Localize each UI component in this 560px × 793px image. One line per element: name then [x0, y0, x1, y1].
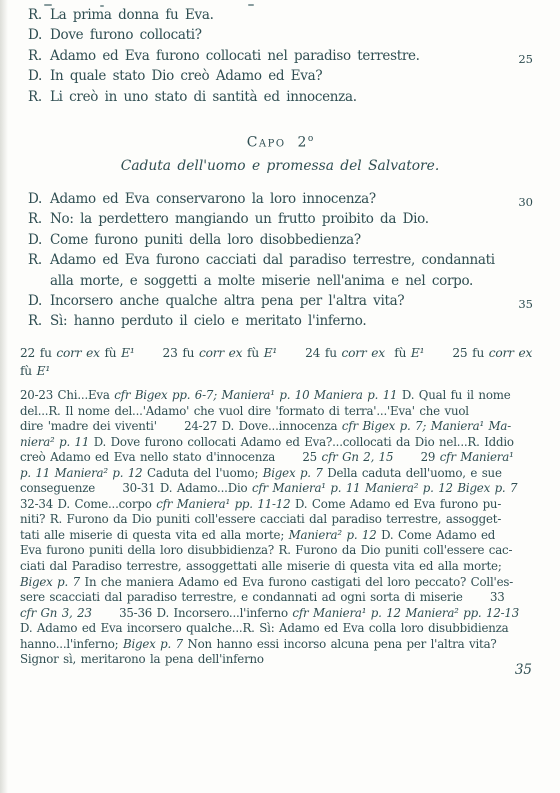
apparatus-segment: fù [20, 364, 37, 378]
apparatus-line: hanno...l'inferno; Bigex p. 7 Non hanno … [20, 637, 548, 653]
chapter-heading: Capo 2o [0, 134, 560, 151]
apparatus-segment-italic: cfr Gn 3, 23 [20, 606, 92, 620]
apparatus-segment: creò Adamo ed Eva nello stato d'innocenz… [20, 450, 322, 464]
apparatus-segment-italic: E¹ [264, 346, 277, 360]
speaker-label: D. [28, 189, 50, 209]
dialogue-line: D.In quale stato Dio creò Adamo ed Eva? [28, 66, 535, 86]
apparatus-segment-italic: E¹ [121, 346, 134, 360]
dialogue-line: D.Dove furono collocati? [28, 25, 535, 45]
apparatus-segment-italic: cfr Maniera¹ pp. 11-12 [156, 497, 295, 511]
dialogue-text: Li creò in uno stato di santità ed innoc… [50, 89, 357, 105]
apparatus-line: niti? R. Furono da Dio puniti coll'esser… [20, 512, 548, 528]
apparatus-segment-italic: corr ex [489, 346, 532, 360]
chapter-heading-ordinal: o [308, 134, 313, 144]
apparatus-line: dire 'madre dei viventi' 24-27 D. Dove..… [20, 419, 548, 435]
book-page: R.La prima donna fu Eva.D.Dove furono co… [0, 0, 560, 793]
apparatus-line: fù E¹ [20, 362, 548, 380]
dialogue-line: D.Come furono puniti della loro disobbed… [28, 230, 535, 250]
apparatus-segment: fù [385, 346, 411, 360]
apparatus-line: conseguenze 30-31 D. Adamo...Dio cfr Man… [20, 481, 548, 497]
speaker-label: R. [28, 87, 50, 107]
speaker-label: R. [28, 5, 50, 25]
speaker-label: D. [28, 291, 50, 311]
apparatus-segment: del...R. Il nome del...'Adamo' che vuol … [20, 404, 469, 418]
apparatus-segment-italic: cfr Gn 2, 15 [322, 450, 394, 464]
dialogue-text: Incorsero anche qualche altra pena per l… [50, 293, 404, 309]
apparatus-line: sere scacciati dal paradiso terrestre, e… [20, 590, 548, 606]
apparatus-segment: D. Dove furono collocati Adamo ed Eva?..… [94, 435, 514, 449]
apparatus-segment: 20-23 Chi...Eva [20, 388, 114, 402]
apparatus-segment: fù [100, 346, 121, 360]
speaker-label: D. [28, 230, 50, 250]
apparatus-segment: tati alle miserie di questa vita ed alla… [20, 528, 289, 542]
dialogue-line: R.Adamo ed Eva furono cacciati dal parad… [28, 250, 535, 270]
dialogue-text: In quale stato Dio creò Adamo ed Eva? [50, 68, 322, 84]
apparatus-segment: fù [242, 346, 263, 360]
dialogue-text: No: la perdettero mangiando un frutto pr… [50, 211, 429, 227]
dialogue-text: La prima donna fu Eva. [50, 7, 214, 23]
apparatus-segment: D. Come Adamo ed [381, 528, 495, 542]
apparatus-variants-block: 22 fu corr ex fù E¹ 23 fu corr ex fù E¹ … [20, 344, 548, 380]
dialogue-section-top: R.La prima donna fu Eva.D.Dove furono co… [28, 5, 535, 107]
dialogue-text: Adamo ed Eva conservarono la loro innoce… [50, 191, 376, 207]
dialogue-text: alla morte, e soggetti a molte miserie n… [50, 273, 473, 289]
scan-edge-artifact [0, 0, 8, 793]
apparatus-segment: 35-36 D. Incorsero...l'inferno [92, 606, 293, 620]
page-number: 35 [515, 662, 532, 678]
apparatus-line: niera² p. 11 D. Dove furono collocati Ad… [20, 435, 548, 451]
apparatus-segment-italic: cfr Maniera¹ [440, 450, 514, 464]
apparatus-segment: 32-34 D. Come...corpo [20, 497, 156, 511]
speaker-label: D. [28, 66, 50, 86]
apparatus-segment-italic: E¹ [37, 364, 50, 378]
chapter-heading-number: 2 [297, 135, 307, 151]
apparatus-segment: dire 'madre dei viventi' 24-27 D. Dove..… [20, 419, 342, 433]
dialogue-line: R.Sì: hanno perduto il cielo e meritato … [28, 311, 535, 331]
apparatus-segment: 29 [393, 450, 439, 464]
apparatus-segment: ciati dal Paradiso terrestre, assoggetta… [20, 559, 502, 573]
apparatus-segment-italic: cfr Bigex p. 7; Maniera¹ Ma- [342, 419, 511, 433]
chapter-heading-word: Capo [247, 135, 286, 151]
chapter-subtitle: Caduta dell'uomo e promessa del Salvator… [0, 158, 560, 174]
apparatus-segment: conseguenze 30-31 D. Adamo...Dio [20, 481, 252, 495]
apparatus-segment: hanno...l'inferno; [20, 637, 123, 651]
apparatus-segment: Non hanno essi incorso alcuna pena per l… [187, 637, 496, 651]
apparatus-line: cfr Gn 3, 23 35-36 D. Incorsero...l'infe… [20, 606, 548, 622]
apparatus-line: del...R. Il nome del...'Adamo' che vuol … [20, 404, 548, 420]
apparatus-segment: Della caduta dell'uomo, e sue [327, 466, 501, 480]
dialogue-line: R.No: la perdettero mangiando un frutto … [28, 209, 535, 229]
apparatus-segment: Eva furono puniti della loro disubbidien… [20, 543, 512, 557]
speaker-label: D. [28, 25, 50, 45]
dialogue-line: D.Incorsero anche qualche altra pena per… [28, 291, 535, 311]
apparatus-segment-italic: niera² p. 11 [20, 435, 94, 449]
apparatus-line: 20-23 Chi...Eva cfr Bigex pp. 6-7; Manie… [20, 388, 548, 404]
apparatus-segment-italic: Bigex p. 7 [123, 637, 188, 651]
apparatus-segment: D. Adamo ed Eva incorsero qualche...R. S… [20, 621, 509, 635]
apparatus-segment-italic: Bigex p. 7 [263, 466, 328, 480]
apparatus-segment-italic: p. 11 Maniera² p. 12 [20, 466, 147, 480]
apparatus-segment: Signor sì, meritarono la pena dell'infer… [20, 652, 264, 666]
dialogue-text: Sì: hanno perduto il cielo e meritato l'… [50, 313, 366, 329]
speaker-label: R. [28, 250, 50, 270]
apparatus-segment: Caduta del l'uomo; [147, 466, 263, 480]
apparatus-segment: D. Qual fu il nome [402, 388, 511, 402]
speaker-label: R. [28, 209, 50, 229]
apparatus-line: p. 11 Maniera² p. 12 Caduta del l'uomo; … [20, 466, 548, 482]
apparatus-segment-italic: corr ex [199, 346, 242, 360]
apparatus-segment: niti? R. Furono da Dio puniti coll'esser… [20, 512, 501, 526]
apparatus-segment: In che maniera Adamo ed Eva furono casti… [85, 575, 514, 589]
speaker-label: R. [28, 311, 50, 331]
dialogue-line: R.La prima donna fu Eva. [28, 5, 535, 25]
dialogue-section-chapter: D.Adamo ed Eva conservarono la loro inno… [28, 189, 535, 332]
apparatus-segment-italic: corr ex [342, 346, 385, 360]
apparatus-segment-italic: cfr Maniera¹ p. 12 Maniera² pp. 12-13 [292, 606, 519, 620]
apparatus-line: ciati dal Paradiso terrestre, assoggetta… [20, 559, 548, 575]
apparatus-line: 22 fu corr ex fù E¹ 23 fu corr ex fù E¹ … [20, 344, 548, 362]
dialogue-text: Adamo ed Eva furono cacciati dal paradis… [50, 252, 495, 268]
apparatus-segment: 25 fu [424, 346, 488, 360]
apparatus-segment: D. Come Adamo ed Eva furono pu- [295, 497, 501, 511]
dialogue-text: Adamo ed Eva furono collocati nel paradi… [50, 48, 420, 64]
apparatus-segment: sere scacciati dal paradiso terrestre, e… [20, 590, 505, 604]
apparatus-segment: 23 fu [135, 346, 199, 360]
dialogue-line: R.Li creò in uno stato di santità ed inn… [28, 87, 535, 107]
apparatus-line: Signor sì, meritarono la pena dell'infer… [20, 652, 548, 668]
apparatus-sources-block: 20-23 Chi...Eva cfr Bigex pp. 6-7; Manie… [20, 388, 548, 668]
dialogue-line: alla morte, e soggetti a molte miserie n… [28, 271, 535, 291]
apparatus-segment-italic: corr ex [56, 346, 99, 360]
apparatus-segment-italic: E¹ [411, 346, 424, 360]
apparatus-segment: 24 fu [277, 346, 341, 360]
apparatus-line: Eva furono puniti della loro disubbidien… [20, 543, 548, 559]
apparatus-line: D. Adamo ed Eva incorsero qualche...R. S… [20, 621, 548, 637]
dialogue-text: Come furono puniti della loro disobbedie… [50, 232, 361, 248]
apparatus-line: 32-34 D. Come...corpo cfr Maniera¹ pp. 1… [20, 497, 548, 513]
speaker-label: R. [28, 46, 50, 66]
apparatus-segment-italic: cfr Maniera¹ p. 11 Maniera² p. 12 Bigex … [252, 481, 517, 495]
apparatus-segment: 22 fu [20, 346, 56, 360]
apparatus-segment-italic: cfr Bigex pp. 6-7; Maniera¹ p. 10 Manier… [114, 388, 402, 402]
dialogue-line: D.Adamo ed Eva conservarono la loro inno… [28, 189, 535, 209]
apparatus-segment-italic: Bigex p. 7 [20, 575, 85, 589]
dialogue-line: R.Adamo ed Eva furono collocati nel para… [28, 46, 535, 66]
dialogue-text: Dove furono collocati? [50, 27, 202, 43]
apparatus-line: creò Adamo ed Eva nello stato d'innocenz… [20, 450, 548, 466]
apparatus-line: Bigex p. 7 In che maniera Adamo ed Eva f… [20, 575, 548, 591]
apparatus-segment-italic: Maniera² p. 12 [289, 528, 381, 542]
apparatus-line: tati alle miserie di questa vita ed alla… [20, 528, 548, 544]
